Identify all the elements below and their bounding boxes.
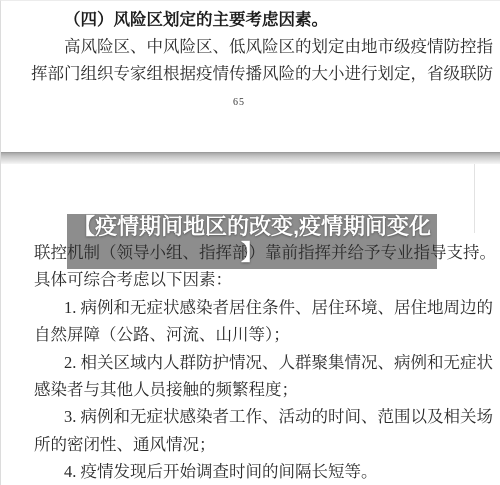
- section-divider-bar: [1, 152, 500, 164]
- body-line: 自然屏障（公路、河流、山川等）；: [34, 321, 495, 348]
- page-number: 65: [1, 97, 477, 108]
- section-heading: （四）风险区划定的主要考虑因素。: [31, 6, 490, 33]
- paragraph-line: 挥部门组织专家组根据疫情传播风险的大小进行划定，省级联防: [31, 60, 490, 87]
- paragraph-line: 高风险区、中风险区、低风险区的划定由地市级疫情防控指: [31, 33, 490, 60]
- body-line: 4. 疫情发现后开始调查时间的间隔长短等。: [34, 458, 495, 485]
- body-line: 所的密闭性、通风情况；: [34, 431, 495, 458]
- caption-title-line1: 【疫情期间地区的改变,疫情期间变化: [67, 214, 437, 240]
- caption-title-line2: 】: [67, 240, 437, 266]
- body-line: 2. 相关区域内人群防护情况、人群聚集情况、病例和无症状: [34, 349, 495, 376]
- body-line: 感染者与其他人员接触的频繁程度；: [34, 376, 495, 403]
- body-line: 1. 病例和无症状感染者居住条件、居住环境、居住地周边的: [34, 294, 495, 321]
- document-page: （四）风险区划定的主要考虑因素。 高风险区、中风险区、低风险区的划定由地市级疫情…: [0, 0, 500, 485]
- caption-title: 【疫情期间地区的改变,疫情期间变化 】: [67, 214, 437, 266]
- body-text-block: 联控机制（领导小组、指挥部）靠前指挥并给予专业指导支持。 具体可综合考虑以下因素…: [34, 239, 495, 485]
- body-line: 3. 病例和无症状感染者工作、活动的时间、范围以及相关场: [34, 403, 495, 430]
- top-text-block: （四）风险区划定的主要考虑因素。 高风险区、中风险区、低风险区的划定由地市级疫情…: [31, 6, 490, 87]
- page-edge-line: [474, 164, 475, 233]
- body-line: 具体可综合考虑以下因素：: [34, 266, 495, 293]
